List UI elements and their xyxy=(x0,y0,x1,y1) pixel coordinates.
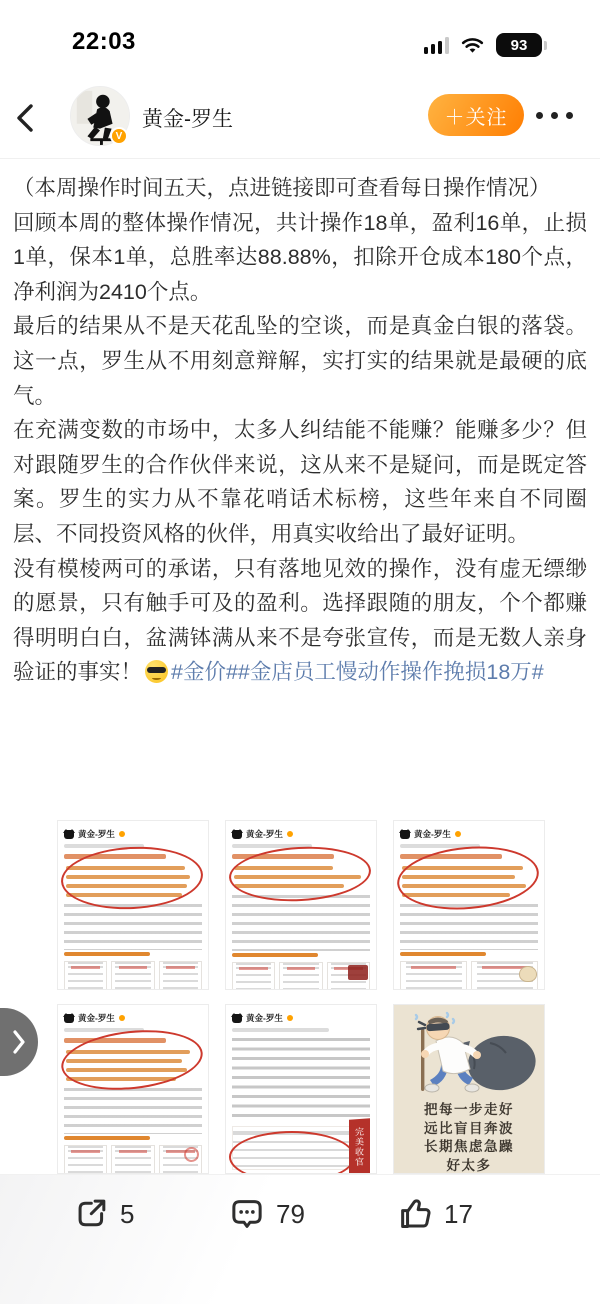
thumb-user-name: 黄金-罗生 xyxy=(414,828,451,840)
thumb-verified-dot xyxy=(287,831,293,837)
red-circle-annotation xyxy=(229,1131,355,1174)
thumb-avatar-cat-icon xyxy=(64,830,74,839)
thumb-avatar-cat-icon xyxy=(232,830,242,839)
thumb-hashtag-line xyxy=(400,952,486,956)
chevron-right-icon xyxy=(12,1030,26,1054)
thumbs-up-icon xyxy=(396,1195,434,1233)
thumb-verified-dot xyxy=(119,831,125,837)
thumb-avatar-cat-icon xyxy=(400,830,410,839)
thumb-verified-dot xyxy=(119,1015,125,1021)
battery-icon: 93 xyxy=(496,33,542,57)
hashtag-link[interactable]: #金价##金店员工慢动作操作挽损18万# xyxy=(171,660,544,684)
gold-stamp-graphic xyxy=(348,965,368,980)
thumb-title-line xyxy=(64,1038,166,1043)
thumb-title-line xyxy=(400,854,502,859)
thumb-hashtag-line xyxy=(64,952,150,956)
comment-icon xyxy=(228,1195,266,1233)
gallery-image-2[interactable]: 黄金-罗生 xyxy=(225,820,377,990)
thumb-user-name: 黄金-罗生 xyxy=(246,828,283,840)
thumb-title-line xyxy=(232,854,334,859)
cartoon-caption-line: 好太多 xyxy=(398,1157,540,1175)
thumb-trade-lines xyxy=(400,866,538,897)
thumb-paragraph-lines xyxy=(232,895,370,951)
gallery-image-5[interactable]: 黄金-罗生 完美收官 xyxy=(225,1004,377,1174)
thumb-verified-dot xyxy=(455,831,461,837)
post-paragraph: 在充满变数的市场中，太多人纠结能不能赚？能赚多少？但对跟随罗生的合作伙伴来说，这… xyxy=(13,413,587,551)
thumb-subimages xyxy=(64,1145,202,1174)
thumb-subimages xyxy=(400,961,538,990)
share-count: 5 xyxy=(120,1199,134,1230)
post-paragraph: 没有模棱两可的承诺，只有落地见效的操作，没有虚无缥缈的愿景，只有触手可及的盈利。… xyxy=(13,552,587,690)
thumb-user-name: 黄金-罗生 xyxy=(78,828,115,840)
thumb-paragraph-lines xyxy=(64,1088,202,1134)
gallery-image-1[interactable]: 黄金-罗生 xyxy=(57,820,209,990)
share-icon xyxy=(72,1195,110,1233)
status-time: 22:03 xyxy=(72,28,136,56)
verified-badge: V xyxy=(110,127,128,145)
thumb-subimages xyxy=(64,961,202,990)
status-icons: 93 xyxy=(424,32,543,58)
thumb-user-name: 黄金-罗生 xyxy=(78,1012,115,1024)
thumb-meta-line xyxy=(400,844,480,848)
cartoon-caption-line: 远比盲目奔波 xyxy=(398,1120,540,1139)
thumb-title-line xyxy=(64,854,166,859)
post-body: （本周操作时间五天，点进链接即可查看每日操作情况） 回顾本周的整体操作情况，共计… xyxy=(13,171,587,690)
image-gallery: 黄金-罗生 黄金-罗生 黄金-罗生 xyxy=(57,820,545,1174)
gallery-image-3[interactable]: 黄金-罗生 xyxy=(393,820,545,990)
action-bar: 5 79 17 xyxy=(0,1174,600,1304)
cellular-signal-icon xyxy=(424,37,450,54)
thumb-paragraph-lines xyxy=(232,1038,370,1120)
follow-button[interactable]: ＋关注 xyxy=(428,94,524,136)
like-count: 17 xyxy=(444,1199,473,1230)
thumb-meta-line xyxy=(64,844,144,848)
more-options-button[interactable] xyxy=(536,112,573,119)
thumb-meta-line xyxy=(64,1028,144,1032)
thumb-avatar-cat-icon xyxy=(64,1014,74,1023)
share-button[interactable]: 5 xyxy=(72,1195,134,1233)
thumb-trade-lines xyxy=(64,866,202,897)
thumb-hashtag-line xyxy=(64,1136,150,1140)
thumb-user-name: 黄金-罗生 xyxy=(246,1012,283,1024)
gallery-image-6[interactable]: 把每一步走好 远比盲目奔波 长期焦虑急躁 好太多 xyxy=(393,1004,545,1174)
gallery-image-4[interactable]: 黄金-罗生 xyxy=(57,1004,209,1174)
post-paragraph: 最后的结果从不是天花乱坠的空谈，而是真金白银的落袋。这一点，罗生从不用刻意辩解，… xyxy=(13,309,587,413)
thumb-paragraph-lines xyxy=(400,904,538,950)
comment-button[interactable]: 79 xyxy=(228,1195,305,1233)
weibo-post-screen: 22:03 93 V 黄金-罗生 ＋关注 （本周操作时间五天，点进链接即可 xyxy=(0,0,600,1304)
thumb-hashtag-line xyxy=(232,953,318,957)
sunglasses-emoji: 😎 xyxy=(145,660,168,683)
thumb-subimage-strip: 完美收官 xyxy=(232,1126,370,1170)
cartoon-caption-line: 长期焦虑急躁 xyxy=(398,1138,540,1157)
thumb-trade-lines xyxy=(232,866,370,888)
wifi-icon xyxy=(460,36,485,55)
thumb-meta-line xyxy=(232,844,312,848)
expand-drawer-handle[interactable] xyxy=(0,1008,38,1076)
comment-count: 79 xyxy=(276,1199,305,1230)
thumb-trade-lines xyxy=(64,1050,202,1081)
post-paragraph: 回顾本周的整体操作情况，共计操作18单，盈利16单，止损1单，保本1单，总胜率达… xyxy=(13,206,587,310)
thumb-meta-line xyxy=(232,1028,329,1032)
thumb-verified-dot xyxy=(287,1015,293,1021)
back-button[interactable] xyxy=(14,102,36,139)
header-divider xyxy=(0,158,600,159)
cartoon-caption-line: 把每一步走好 xyxy=(398,1101,540,1120)
thumb-paragraph-lines xyxy=(64,904,202,950)
like-button[interactable]: 17 xyxy=(396,1195,473,1233)
perfect-finish-ribbon: 完美收官 xyxy=(349,1118,370,1174)
hamster-cartoon-graphic xyxy=(519,966,537,982)
thumb-avatar-cat-icon xyxy=(232,1014,242,1023)
blindfolded-man-sack-cartoon xyxy=(398,1009,540,1095)
post-paragraph: （本周操作时间五天，点进链接即可查看每日操作情况） xyxy=(13,171,587,206)
user-name[interactable]: 黄金-罗生 xyxy=(142,103,233,133)
